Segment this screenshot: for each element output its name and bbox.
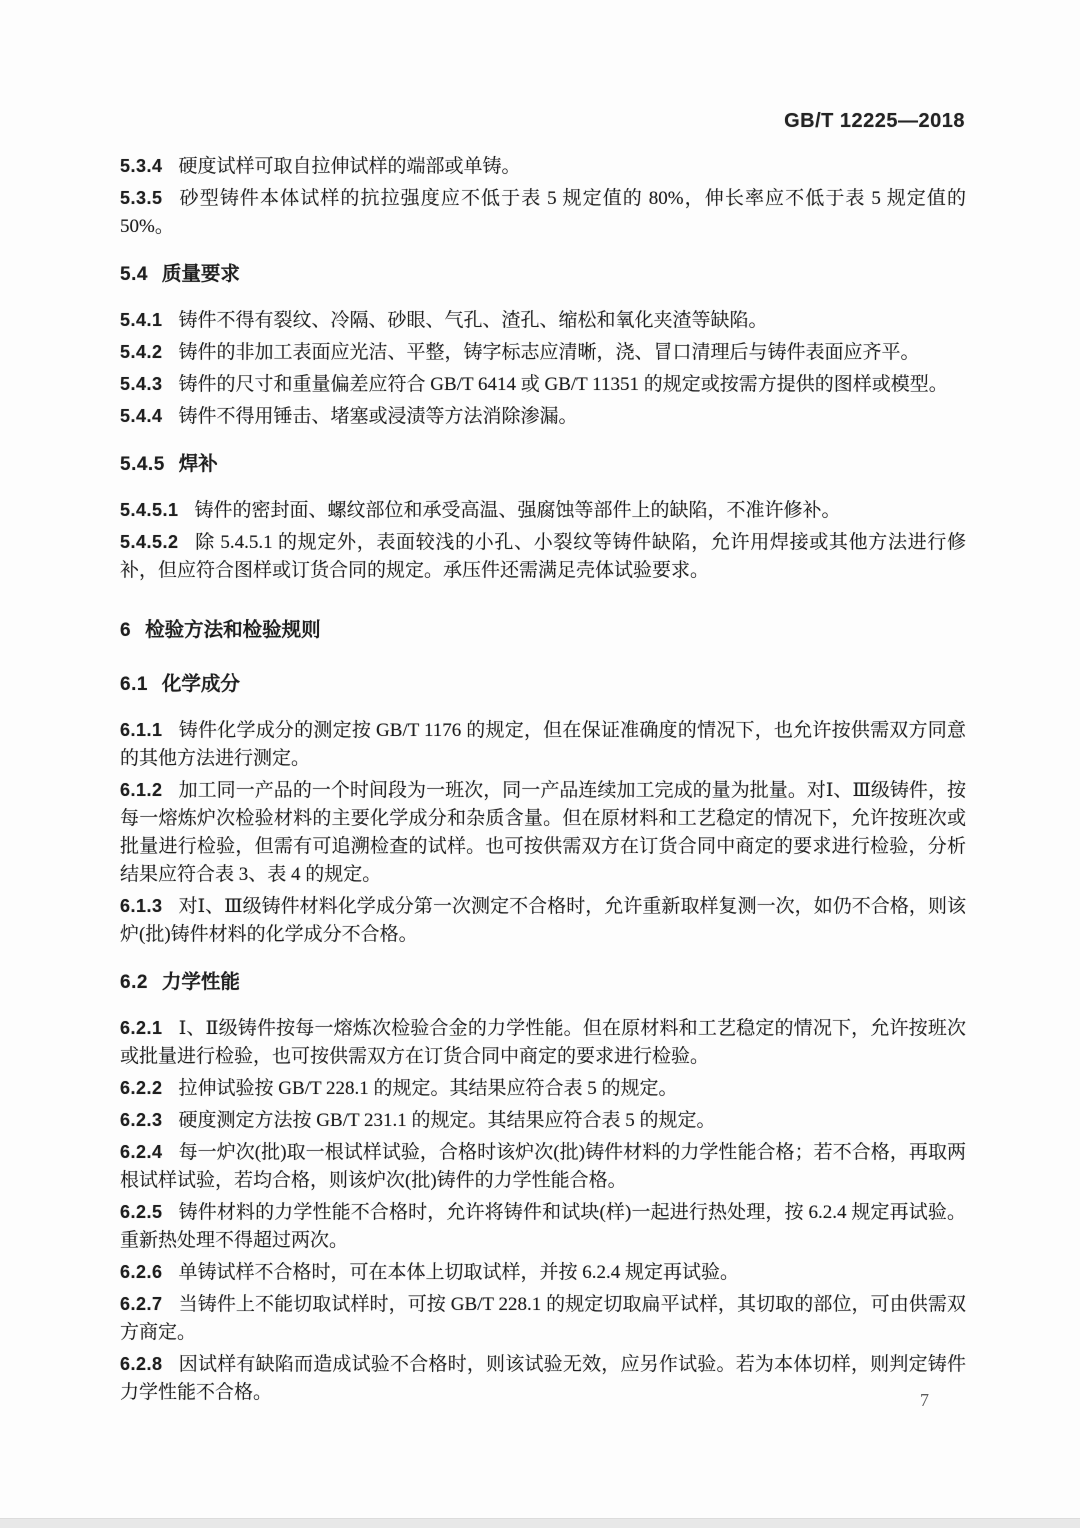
clause-number: 6.2.4 bbox=[120, 1142, 163, 1162]
clause-6-1-2: 6.1.2加工同一产品的一个时间段为一班次，同一产品连续加工完成的量为批量。对Ⅰ… bbox=[120, 776, 966, 889]
clause-6-2-6: 6.2.6单铸试样不合格时，可在本体上切取试样，并按 6.2.4 规定再试验。 bbox=[120, 1258, 966, 1287]
clause-text: 对Ⅰ、Ⅲ级铸件材料化学成分第一次测定不合格时，允许重新取样复测一次，如仍不合格，… bbox=[120, 896, 966, 945]
heading-5-4-5: 5.4.5焊补 bbox=[120, 450, 966, 479]
clause-number: 5.4.1 bbox=[120, 310, 163, 330]
clause-6-2-7: 6.2.7当铸件上不能切取试样时，可按 GB/T 228.1 的规定切取扁平试样… bbox=[120, 1290, 966, 1347]
page-number: 7 bbox=[920, 1390, 929, 1411]
clause-number: 6.2.5 bbox=[120, 1202, 163, 1222]
heading-text: 检验方法和检验规则 bbox=[145, 619, 321, 641]
page-bottom-edge bbox=[0, 1518, 1080, 1528]
clause-5-4-5-1: 5.4.5.1铸件的密封面、螺纹部位和承受高温、强腐蚀等部件上的缺陷，不准许修补… bbox=[120, 496, 966, 525]
clause-number: 5.3.5 bbox=[120, 188, 163, 208]
clause-text: 铸件不得用锤击、堵塞或浸渍等方法消除渗漏。 bbox=[179, 406, 578, 427]
clause-text: 加工同一产品的一个时间段为一班次，同一产品连续加工完成的量为批量。对Ⅰ、Ⅲ级铸件… bbox=[120, 780, 966, 885]
clause-6-2-4: 6.2.4每一炉次(批)取一根试样试验，合格时该炉次(批)铸件材料的力学性能合格… bbox=[120, 1138, 966, 1195]
clause-text: 因试样有缺陷而造成试验不合格时，则该试验无效，应另作试验。若为本体切样，则判定铸… bbox=[120, 1354, 966, 1403]
clause-text: 拉伸试验按 GB/T 228.1 的规定。其结果应符合表 5 的规定。 bbox=[179, 1078, 678, 1099]
heading-text: 焊补 bbox=[179, 453, 218, 475]
clause-5-3-5: 5.3.5砂型铸件本体试样的抗拉强度应不低于表 5 规定值的 80%，伸长率应不… bbox=[120, 184, 966, 241]
heading-6-2: 6.2力学性能 bbox=[120, 968, 966, 997]
clause-text: 每一炉次(批)取一根试样试验，合格时该炉次(批)铸件材料的力学性能合格；若不合格… bbox=[120, 1142, 966, 1191]
clause-number: 6.2.6 bbox=[120, 1262, 163, 1282]
clause-number: 6.1.2 bbox=[120, 780, 163, 800]
clause-number: 6.2.2 bbox=[120, 1078, 163, 1098]
clause-text: 铸件的密封面、螺纹部位和承受高温、强腐蚀等部件上的缺陷，不准许修补。 bbox=[195, 500, 841, 521]
heading-6-1: 6.1化学成分 bbox=[120, 670, 966, 699]
clause-5-4-3: 5.4.3铸件的尺寸和重量偏差应符合 GB/T 6414 或 GB/T 1135… bbox=[120, 370, 966, 399]
clause-text: 当铸件上不能切取试样时，可按 GB/T 228.1 的规定切取扁平试样，其切取的… bbox=[120, 1294, 966, 1343]
heading-number: 6 bbox=[120, 620, 131, 641]
clause-text: 铸件的尺寸和重量偏差应符合 GB/T 6414 或 GB/T 11351 的规定… bbox=[179, 374, 948, 395]
clause-text: 铸件不得有裂纹、冷隔、砂眼、气孔、渣孔、缩松和氧化夹渣等缺陷。 bbox=[179, 310, 768, 331]
clause-6-2-5: 6.2.5铸件材料的力学性能不合格时，允许将铸件和试块(样)一起进行热处理，按 … bbox=[120, 1198, 966, 1255]
clause-6-2-1: 6.2.1Ⅰ、Ⅱ级铸件按每一熔炼次检验合金的力学性能。但在原材料和工艺稳定的情况… bbox=[120, 1014, 966, 1071]
clause-text: 砂型铸件本体试样的抗拉强度应不低于表 5 规定值的 80%，伸长率应不低于表 5… bbox=[120, 188, 966, 237]
heading-number: 5.4.5 bbox=[120, 454, 165, 475]
clause-text: 除 5.4.5.1 的规定外，表面较浅的小孔、小裂纹等铸件缺陷，允许用焊接或其他… bbox=[120, 532, 966, 581]
clause-number: 6.2.1 bbox=[120, 1018, 163, 1038]
clause-6-1-3: 6.1.3对Ⅰ、Ⅲ级铸件材料化学成分第一次测定不合格时，允许重新取样复测一次，如… bbox=[120, 892, 966, 949]
heading-number: 6.2 bbox=[120, 972, 148, 993]
clause-number: 6.2.8 bbox=[120, 1354, 163, 1374]
clause-6-2-8: 6.2.8因试样有缺陷而造成试验不合格时，则该试验无效，应另作试验。若为本体切样… bbox=[120, 1350, 966, 1407]
clause-5-3-4: 5.3.4硬度试样可取自拉伸试样的端部或单铸。 bbox=[120, 152, 966, 181]
clause-number: 5.3.4 bbox=[120, 156, 163, 176]
standard-number-header: GB/T 12225—2018 bbox=[120, 110, 965, 133]
clause-number: 5.4.3 bbox=[120, 374, 163, 394]
clause-5-4-2: 5.4.2铸件的非加工表面应光洁、平整，铸字标志应清晰，浇、冒口清理后与铸件表面… bbox=[120, 338, 966, 367]
clause-6-1-1: 6.1.1铸件化学成分的测定按 GB/T 1176 的规定，但在保证准确度的情况… bbox=[120, 716, 966, 773]
clause-text: 铸件的非加工表面应光洁、平整，铸字标志应清晰，浇、冒口清理后与铸件表面应齐平。 bbox=[179, 342, 920, 363]
clause-number: 6.1.1 bbox=[120, 720, 163, 740]
clause-number: 5.4.5.2 bbox=[120, 532, 179, 552]
clause-text: 铸件材料的力学性能不合格时，允许将铸件和试块(样)一起进行热处理，按 6.2.4… bbox=[120, 1202, 966, 1251]
heading-text: 质量要求 bbox=[162, 263, 240, 285]
document-body: 5.3.4硬度试样可取自拉伸试样的端部或单铸。 5.3.5砂型铸件本体试样的抗拉… bbox=[120, 152, 966, 1410]
heading-text: 力学性能 bbox=[162, 971, 240, 993]
clause-5-4-5-2: 5.4.5.2除 5.4.5.1 的规定外，表面较浅的小孔、小裂纹等铸件缺陷，允… bbox=[120, 528, 966, 585]
heading-text: 化学成分 bbox=[162, 673, 240, 695]
clause-number: 5.4.2 bbox=[120, 342, 163, 362]
clause-5-4-1: 5.4.1铸件不得有裂纹、冷隔、砂眼、气孔、渣孔、缩松和氧化夹渣等缺陷。 bbox=[120, 306, 966, 335]
heading-number: 5.4 bbox=[120, 264, 148, 285]
clause-6-2-3: 6.2.3硬度测定方法按 GB/T 231.1 的规定。其结果应符合表 5 的规… bbox=[120, 1106, 966, 1135]
clause-number: 5.4.4 bbox=[120, 406, 163, 426]
clause-text: Ⅰ、Ⅱ级铸件按每一熔炼次检验合金的力学性能。但在原材料和工艺稳定的情况下，允许按… bbox=[120, 1018, 966, 1067]
clause-text: 铸件化学成分的测定按 GB/T 1176 的规定，但在保证准确度的情况下，也允许… bbox=[120, 720, 966, 769]
clause-5-4-4: 5.4.4铸件不得用锤击、堵塞或浸渍等方法消除渗漏。 bbox=[120, 402, 966, 431]
clause-text: 硬度试样可取自拉伸试样的端部或单铸。 bbox=[179, 156, 521, 177]
clause-text: 硬度测定方法按 GB/T 231.1 的规定。其结果应符合表 5 的规定。 bbox=[179, 1110, 716, 1131]
heading-5-4: 5.4质量要求 bbox=[120, 260, 966, 289]
heading-number: 6.1 bbox=[120, 674, 148, 695]
document-page: GB/T 12225—2018 5.3.4硬度试样可取自拉伸试样的端部或单铸。 … bbox=[0, 0, 1080, 1528]
clause-number: 6.2.3 bbox=[120, 1110, 163, 1130]
heading-6: 6检验方法和检验规则 bbox=[120, 616, 966, 645]
clause-text: 单铸试样不合格时，可在本体上切取试样，并按 6.2.4 规定再试验。 bbox=[179, 1262, 740, 1283]
clause-number: 5.4.5.1 bbox=[120, 500, 179, 520]
clause-6-2-2: 6.2.2拉伸试验按 GB/T 228.1 的规定。其结果应符合表 5 的规定。 bbox=[120, 1074, 966, 1103]
clause-number: 6.1.3 bbox=[120, 896, 163, 916]
clause-number: 6.2.7 bbox=[120, 1294, 163, 1314]
